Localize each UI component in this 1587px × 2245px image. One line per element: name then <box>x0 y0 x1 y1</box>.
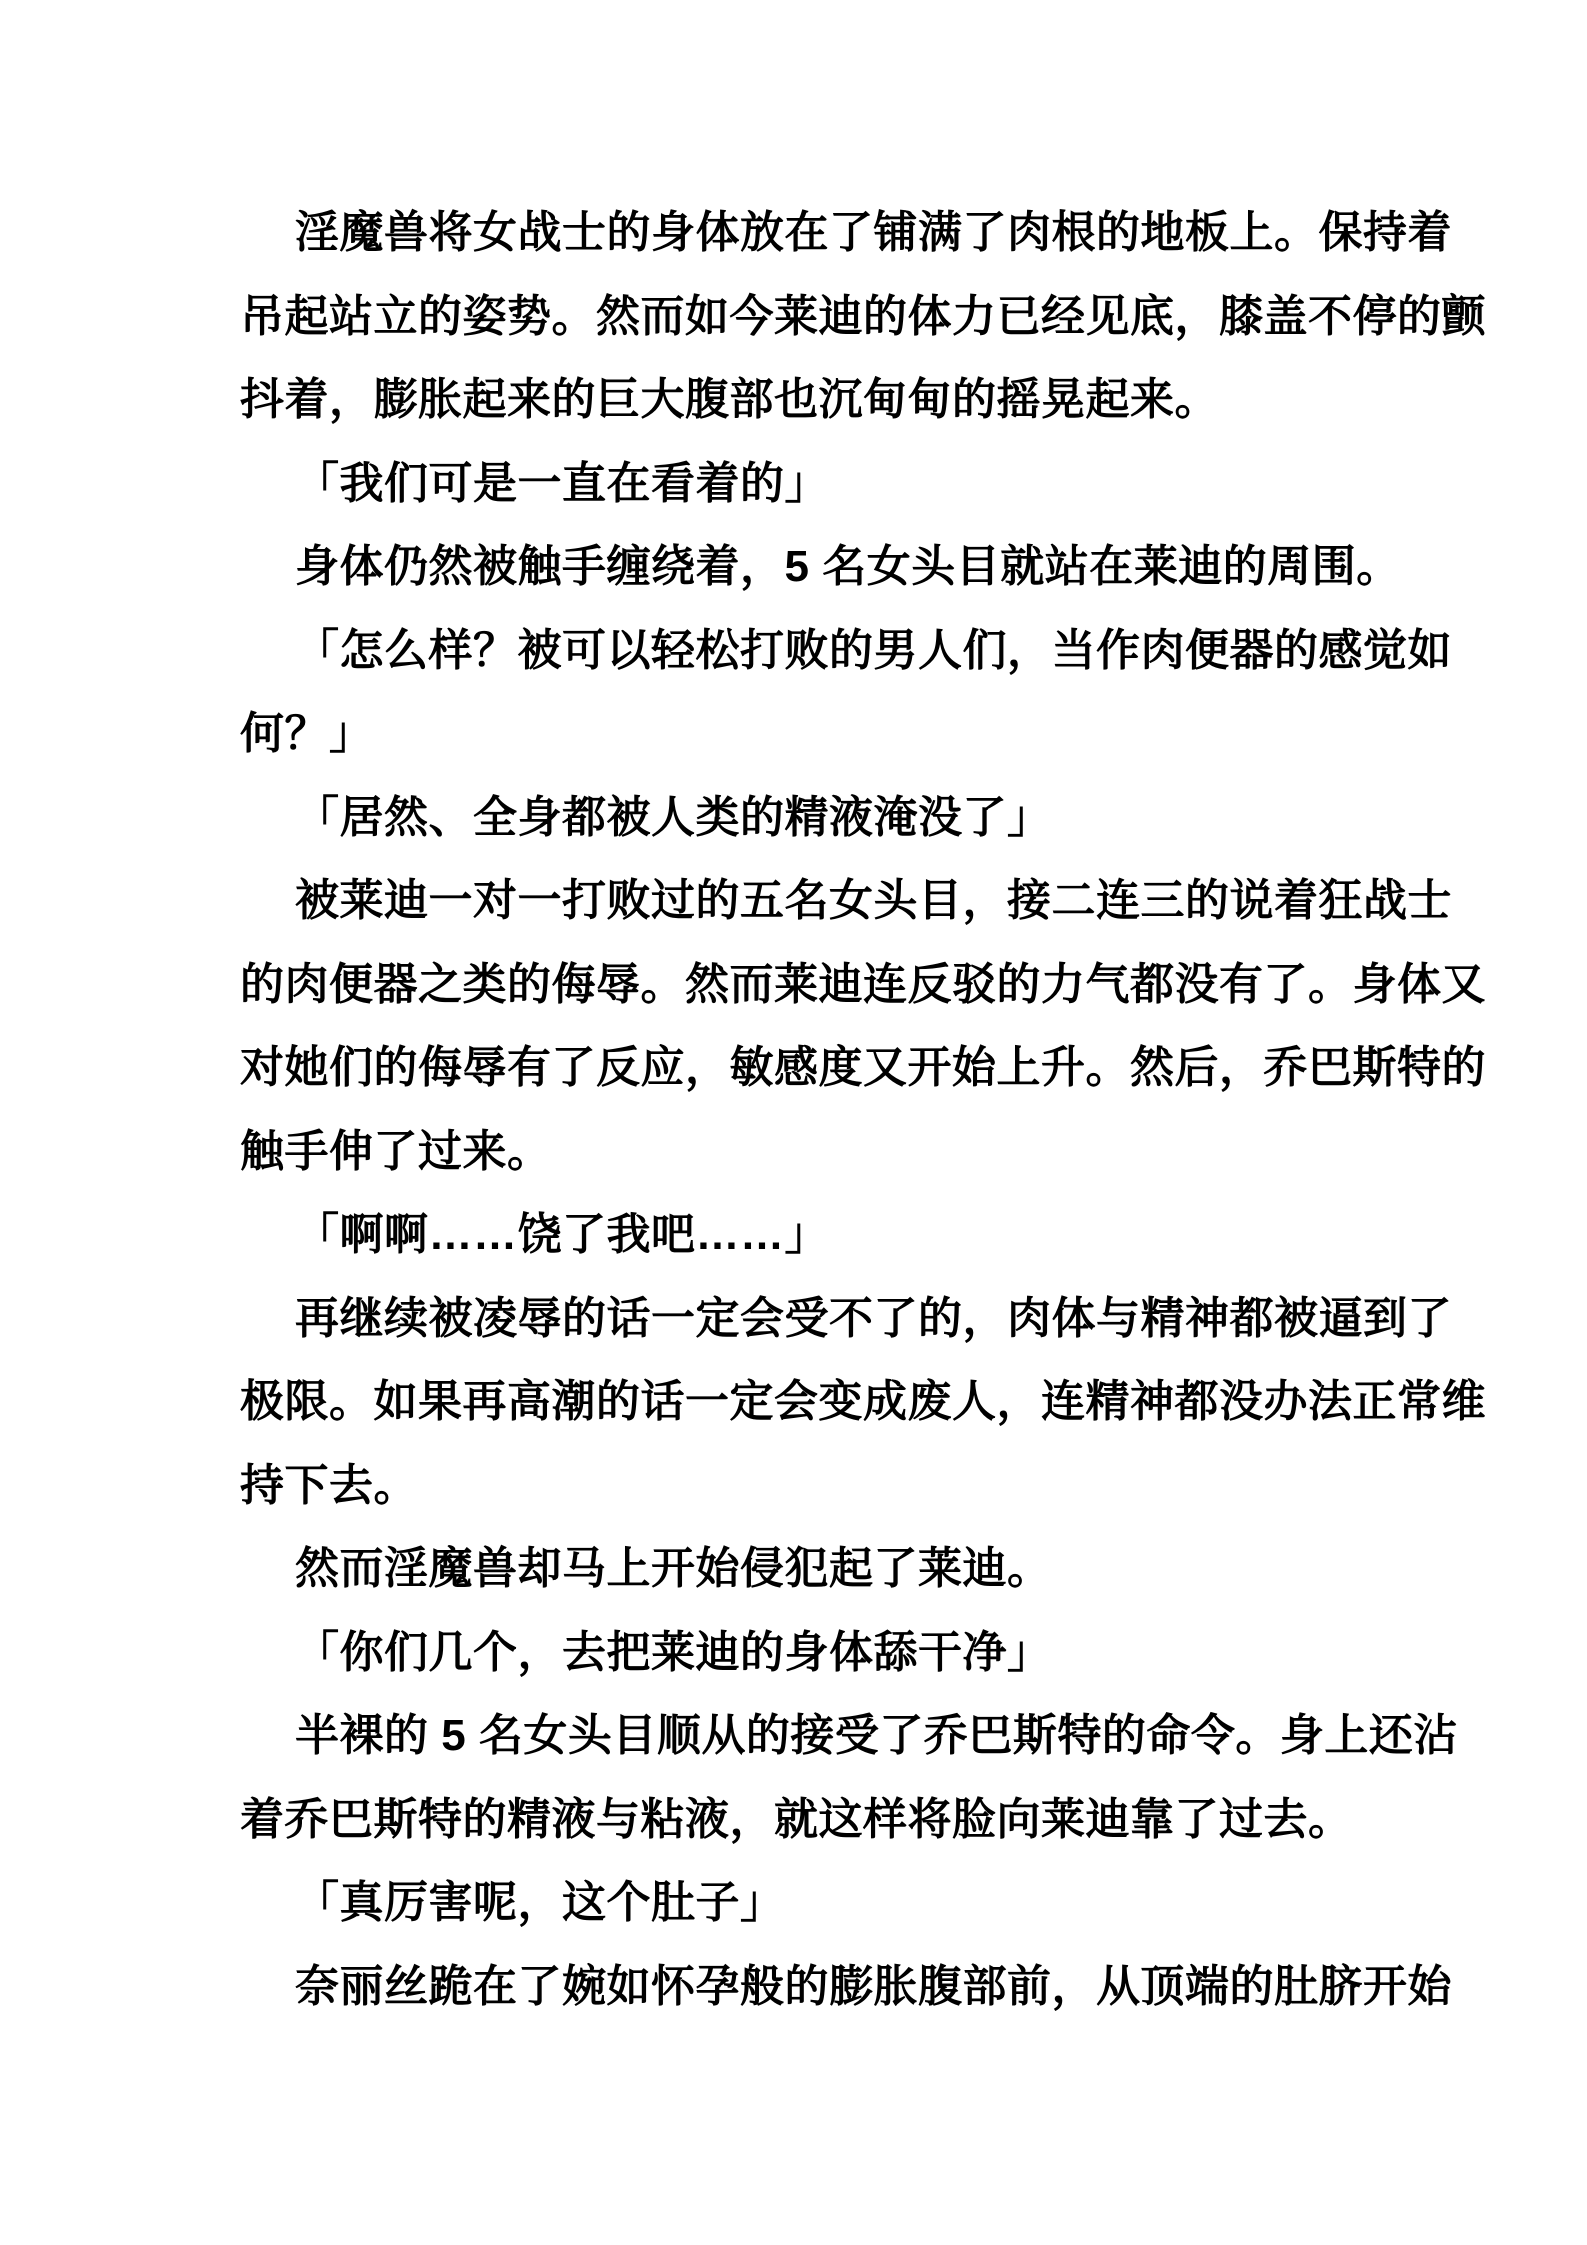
text-line: 持下去。 <box>240 1444 1353 1528</box>
text-line: 「啊啊……饶了我吧……」 <box>240 1193 1353 1277</box>
text-line: 半裸的 5 名女头目顺从的接受了乔巴斯特的命令。身上还沾 <box>240 1694 1353 1778</box>
text-line: 着乔巴斯特的精液与粘液，就这样将脸向莱迪靠了过去。 <box>240 1778 1353 1862</box>
text-line: 触手伸了过来。 <box>240 1110 1353 1194</box>
text-line: 极限。如果再高潮的话一定会变成废人，连精神都没办法正常维 <box>240 1360 1353 1444</box>
text-line: 抖着，膨胀起来的巨大腹部也沉甸甸的摇晃起来。 <box>240 358 1353 442</box>
text-line: 「你们几个，去把莱迪的身体舔干净」 <box>240 1611 1353 1695</box>
text-line: 吊起站立的姿势。然而如今莱迪的体力已经见底，膝盖不停的颤 <box>240 275 1353 359</box>
text-line: 「居然、全身都被人类的精液淹没了」 <box>240 776 1353 860</box>
text-line: 「真厉害呢，这个肚子」 <box>240 1861 1353 1945</box>
text-body: 淫魔兽将女战士的身体放在了铺满了肉根的地板上。保持着吊起站立的姿势。然而如今莱迪… <box>240 191 1353 2028</box>
text-line: 「我们可是一直在看着的」 <box>240 442 1353 526</box>
text-line: 再继续被凌辱的话一定会受不了的，肉体与精神都被逼到了 <box>240 1277 1353 1361</box>
text-line: 对她们的侮辱有了反应，敏感度又开始上升。然后，乔巴斯特的 <box>240 1026 1353 1110</box>
document-page: 淫魔兽将女战士的身体放在了铺满了肉根的地板上。保持着吊起站立的姿势。然而如今莱迪… <box>0 0 1587 2245</box>
text-line: 「怎么样？被可以轻松打败的男人们，当作肉便器的感觉如 <box>240 609 1353 693</box>
text-line: 然而淫魔兽却马上开始侵犯起了莱迪。 <box>240 1527 1353 1611</box>
text-line: 身体仍然被触手缠绕着，5 名女头目就站在莱迪的周围。 <box>240 525 1353 609</box>
text-line: 淫魔兽将女战士的身体放在了铺满了肉根的地板上。保持着 <box>240 191 1353 275</box>
text-line: 奈丽丝跪在了婉如怀孕般的膨胀腹部前，从顶端的肚脐开始 <box>240 1945 1353 2029</box>
text-line: 的肉便器之类的侮辱。然而莱迪连反驳的力气都没有了。身体又 <box>240 943 1353 1027</box>
text-line: 被莱迪一对一打败过的五名女头目，接二连三的说着狂战士 <box>240 859 1353 943</box>
text-line: 何？」 <box>240 692 1353 776</box>
